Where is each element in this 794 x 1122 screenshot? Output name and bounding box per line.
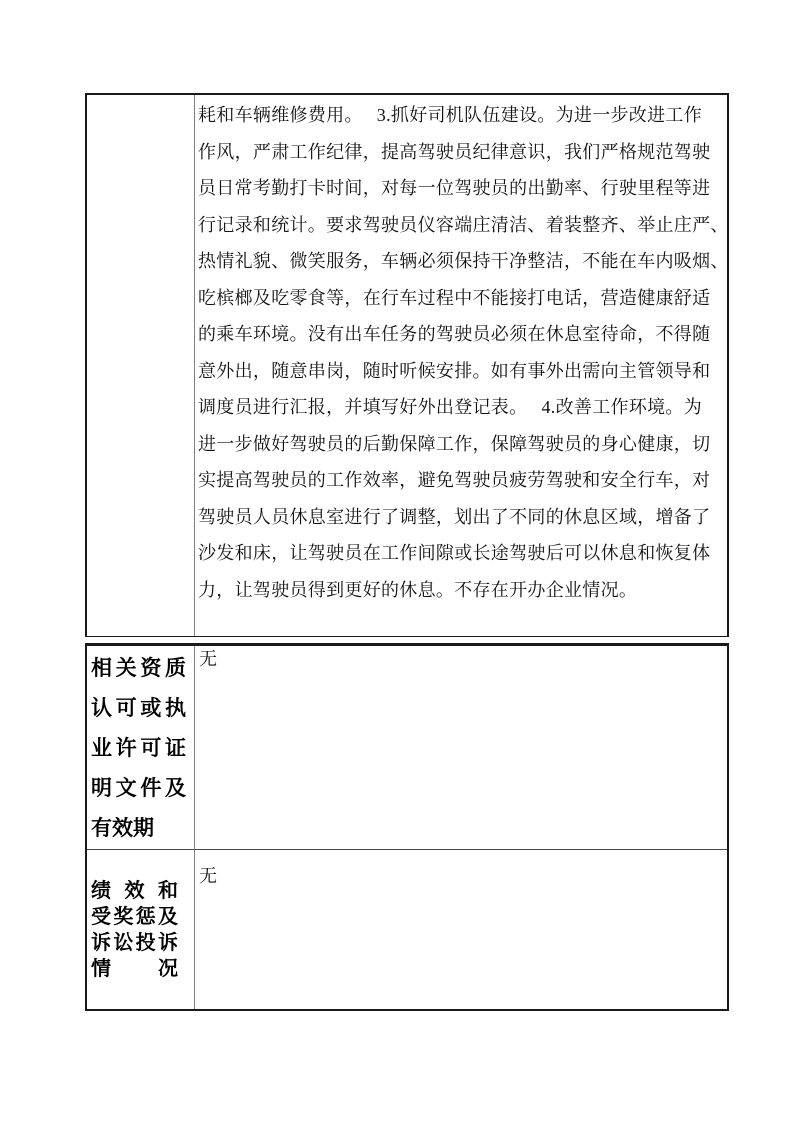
performance-label-cell: 绩效和 受奖惩及 诉讼投诉 情况	[87, 850, 195, 1009]
text-line: 沙发和床，让驾驶员在工作间隙或长途驾驶后可以休息和恢复体	[198, 535, 729, 572]
label-line: 受奖惩及	[91, 904, 178, 930]
label-line: 认可或执	[91, 688, 186, 728]
label-cell-empty	[87, 95, 195, 636]
text-line: 耗和车辆维修费用。 3.抓好司机队伍建设。为进一步改进工作	[198, 97, 729, 134]
text-line: 作风，严肃工作纪律，提高驾驶员纪律意识，我们严格规范驾驶	[198, 134, 729, 171]
label-line: 相关资质	[91, 648, 186, 688]
qualification-label-cell: 相关资质 认可或执 业许可证 明文件及 有效期	[87, 646, 195, 850]
text-line: 员日常考勤打卡时间，对每一位驾驶员的出勤率、行驶里程等进	[198, 170, 729, 207]
text-line: 意外出，随意串岗，随时听候安排。如有事外出需向主管领导和	[198, 353, 729, 390]
performance-value-cell: 无	[195, 850, 727, 1009]
table-secondary: 相关资质 认可或执 业许可证 明文件及 有效期 无 绩效和 受奖惩及 诉讼投诉 …	[85, 643, 729, 1011]
work-report-content-cell: 耗和车辆维修费用。 3.抓好司机队伍建设。为进一步改进工作 作风，严肃工作纪律，…	[195, 95, 729, 636]
text-line: 调度员进行汇报，并填写好外出登记表。 4.改善工作环境。为	[198, 389, 729, 426]
label-line: 诉讼投诉	[91, 930, 178, 956]
text-line: 热情礼貌、微笑服务，车辆必须保持干净整洁，不能在车内吸烟、	[198, 243, 729, 280]
label-line: 有效期	[91, 808, 186, 848]
label-line: 业许可证	[91, 728, 186, 768]
document-page: 耗和车辆维修费用。 3.抓好司机队伍建设。为进一步改进工作 作风，严肃工作纪律，…	[0, 0, 794, 1122]
text-line: 进一步做好驾驶员的后勤保障工作，保障驾驶员的身心健康，切	[198, 426, 729, 463]
label-line: 明文件及	[91, 768, 186, 808]
text-line: 实提高驾驶员的工作效率，避免驾驶员疲劳驾驶和安全行车，对	[198, 462, 729, 499]
qualification-value-cell: 无	[195, 646, 727, 850]
label-line: 绩效和	[91, 878, 178, 904]
text-line: 行记录和统计。要求驾驶员仪容端庄清洁、着装整齐、举止庄严、	[198, 207, 729, 244]
table-main-continuation: 耗和车辆维修费用。 3.抓好司机队伍建设。为进一步改进工作 作风，严肃工作纪律，…	[85, 93, 729, 637]
text-line: 吃槟榔及吃零食等，在行车过程中不能接打电话，营造健康舒适	[198, 280, 729, 317]
text-line: 力，让驾驶员得到更好的休息。不存在开办企业情况。	[198, 572, 729, 609]
text-line: 驾驶员人员休息室进行了调整，划出了不同的休息区域，增备了	[198, 499, 729, 536]
label-line: 情况	[91, 956, 178, 982]
text-line: 的乘车环境。没有出车任务的驾驶员必须在休息室待命，不得随	[198, 316, 729, 353]
